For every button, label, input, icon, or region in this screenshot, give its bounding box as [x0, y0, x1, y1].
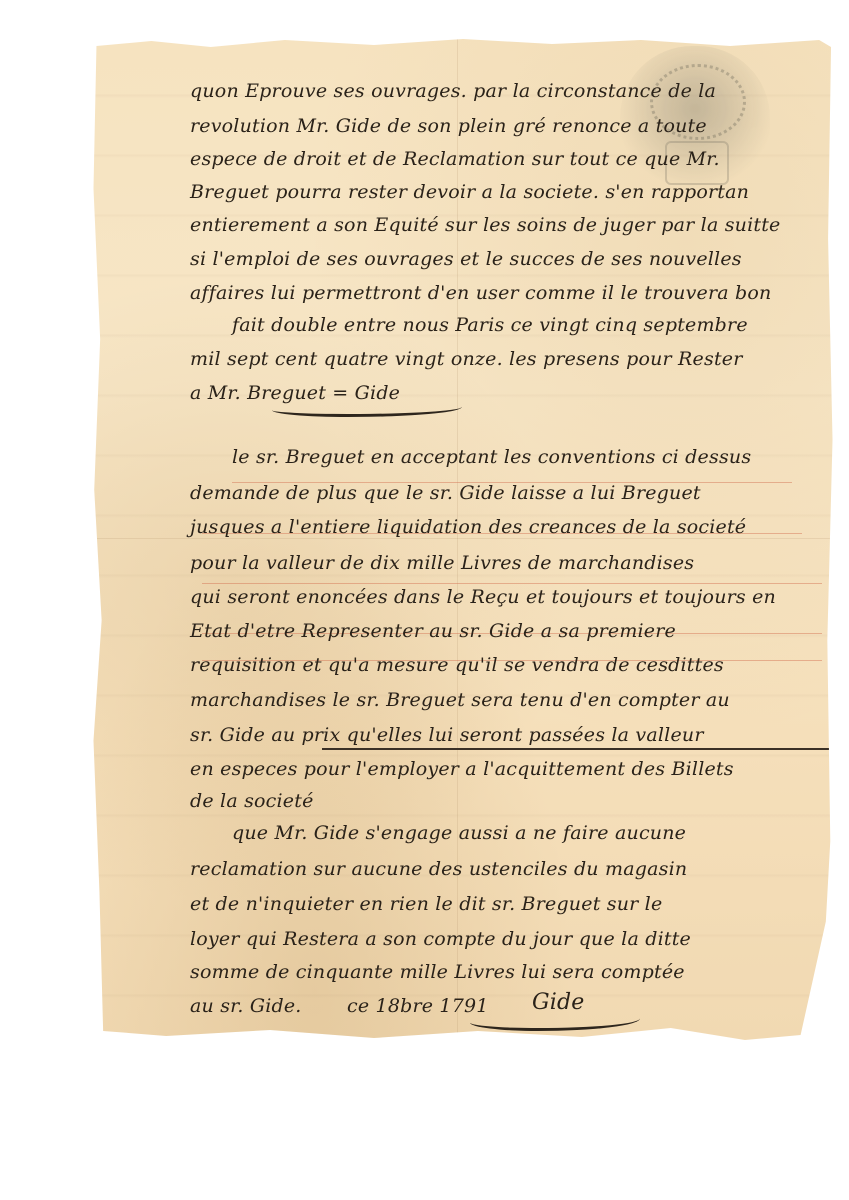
manuscript-line: entierement a son Equité sur les soins d… — [190, 214, 781, 236]
manuscript-line: affaires lui permettront d'en user comme… — [190, 282, 771, 304]
manuscript-line: au sr. Gide. — [190, 995, 302, 1017]
ruled-line — [202, 583, 822, 584]
manuscript-line: et de n'inquieter en rien le dit sr. Bre… — [190, 893, 662, 915]
manuscript-line: que Mr. Gide s'engage aussi a ne faire a… — [232, 822, 686, 844]
manuscript-line: demande de plus que le sr. Gide laisse a… — [190, 482, 701, 504]
manuscript-line: somme de cinquante mille Livres lui sera… — [190, 961, 685, 983]
text-underline — [322, 748, 832, 750]
manuscript-line: quon Eprouve ses ouvrages. par la circon… — [190, 80, 716, 102]
manuscript-line: sr. Gide au prix qu'elles lui seront pas… — [190, 724, 704, 746]
manuscript-line: espece de droit et de Reclamation sur to… — [190, 148, 720, 170]
manuscript-line: pour la valleur de dix mille Livres de m… — [190, 552, 694, 574]
manuscript-line: qui seront enoncées dans le Reçu et touj… — [190, 586, 776, 608]
scanned-page: quon Eprouve ses ouvrages. par la circon… — [0, 0, 849, 1200]
manuscript-line: revolution Mr. Gide de son plein gré ren… — [190, 115, 707, 137]
manuscript-line: loyer qui Restera a son compte du jour q… — [190, 928, 691, 950]
manuscript-sheet: quon Eprouve ses ouvrages. par la circon… — [92, 38, 834, 1042]
manuscript-line: fait double entre nous Paris ce vingt ci… — [232, 314, 748, 336]
manuscript-line: si l'emploi de ses ouvrages et le succes… — [190, 248, 742, 270]
manuscript-line: reclamation sur aucune des ustenciles du… — [190, 858, 687, 880]
manuscript-line: requisition et qu'a mesure qu'il se vend… — [190, 654, 724, 676]
manuscript-line: mil sept cent quatre vingt onze. les pre… — [190, 348, 743, 370]
manuscript-line: marchandises le sr. Breguet sera tenu d'… — [190, 689, 730, 711]
manuscript-line: jusques a l'entiere liquidation des crea… — [190, 516, 746, 538]
manuscript-line: Breguet pourra rester devoir a la societ… — [190, 181, 749, 203]
fold-line-horizontal — [92, 538, 834, 539]
date-line: ce 18bre 1791 — [347, 995, 489, 1017]
manuscript-line: en especes pour l'employer a l'acquittem… — [190, 758, 734, 780]
manuscript-line: le sr. Breguet en acceptant les conventi… — [232, 446, 751, 468]
manuscript-line: de la societé — [190, 790, 314, 812]
manuscript-line: Etat d'etre Representer au sr. Gide a sa… — [190, 620, 676, 642]
